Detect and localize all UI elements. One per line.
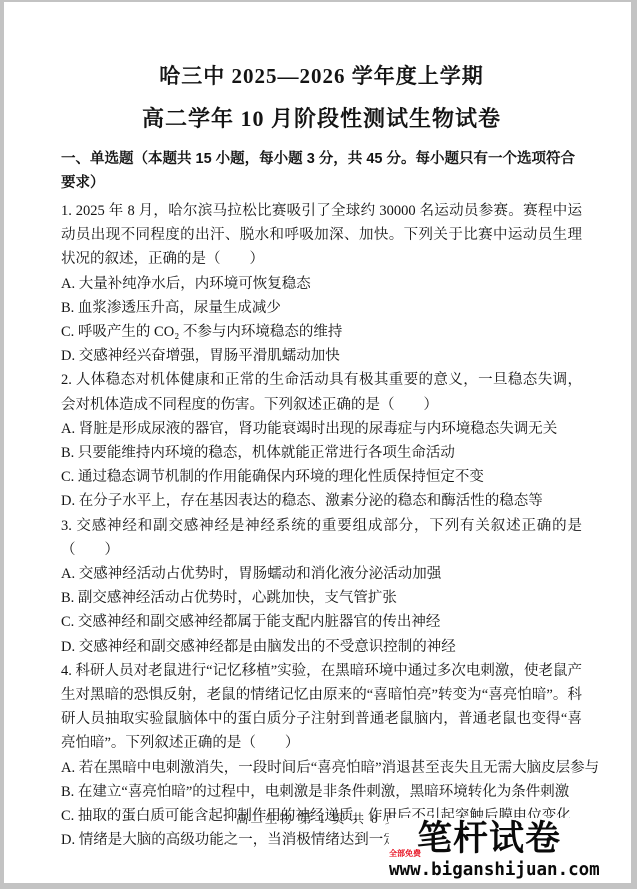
question-3-option-c: C. 交感神经和副交感神经都属于能支配内脏器官的传出神经 (61, 610, 582, 634)
exam-content: 哈三中 2025—2026 学年度上学期 高二学年 10 月阶段性测试生物试卷 … (4, 2, 631, 852)
exam-title-line2: 高二学年 10 月阶段性测试生物试卷 (61, 102, 582, 133)
question-2-stem: 2. 人体稳态对机体健康和正常的生命活动具有极其重要的意义，一旦稳态失调，会对机… (61, 368, 582, 416)
exam-title-line1: 哈三中 2025—2026 学年度上学期 (61, 60, 582, 90)
question-3-option-a: A. 交感神经活动占优势时，胃肠蠕动和消化液分泌活动加强 (61, 562, 582, 586)
question-1-option-c: C. 呼吸产生的 CO₂ 不参与内环境稳态的维持 (61, 320, 582, 344)
question-2-option-d: D. 在分子水平上，存在基因表达的稳态、激素分泌的稳态和酶活性的稳态等 (61, 489, 582, 513)
watermark-logo-text: 笔杆试卷 (417, 818, 561, 860)
watermark-logo-row: 全部免费 笔杆试卷 (389, 818, 625, 860)
question-4-option-b: B. 在建立“喜亮怕暗”的过程中，电刺激是非条件刺激，黑暗环境转化为条件刺激 (61, 780, 582, 804)
question-1-stem: 1. 2025 年 8 月，哈尔滨马拉松比赛吸引了全球约 30000 名运动员参… (61, 199, 582, 272)
question-2-option-a: A. 肾脏是形成尿液的器官，肾功能衰竭时出现的尿毒症与内环境稳态失调无关 (61, 417, 582, 441)
watermark-url: www.biganshijuan.com (389, 860, 625, 883)
question-1-option-d: D. 交感神经兴奋增强，胃肠平滑肌蠕动加快 (61, 344, 582, 368)
question-2-option-c: C. 通过稳态调节机制的作用能确保内环境的理化性质保持恒定不变 (61, 465, 582, 489)
question-1-option-a: A. 大量补纯净水后，内环境可恢复稳态 (61, 272, 582, 296)
question-3-option-d: D. 交感神经和副交感神经都是由脑发出的不受意识控制的神经 (61, 635, 582, 659)
screenshot-root: { "page": { "title_line1": "哈三中 2025—202… (0, 0, 637, 889)
question-3-option-b: B. 副交感神经活动占优势时，心跳加快，支气管扩张 (61, 586, 582, 610)
exam-subject-name: 生物 (409, 106, 455, 131)
question-4-option-a: A. 若在黑暗中电刺激消失，一段时间后“喜亮怕暗”消退甚至丧失且无需大脑皮层参与 (61, 756, 582, 780)
question-1-option-b: B. 血浆渗透压升高，尿量生成减少 (61, 296, 582, 320)
question-2-option-b: B. 只要能维持内环境的稳态，机体就能正常进行各项生命活动 (61, 441, 582, 465)
exam-title-line2-prefix: 高二学年 10 月阶段性测试 (142, 106, 409, 131)
section-heading: 一、单选题（本题共 15 小题，每小题 3 分，共 45 分。每小题只有一个选项… (61, 147, 582, 195)
question-4-stem: 4. 科研人员对老鼠进行“记忆移植”实验，在黑暗环境中通过多次电刺激，使老鼠产生… (61, 659, 582, 756)
exam-title-line2-suffix: 试卷 (455, 106, 501, 131)
biganshijuan-watermark: 全部免费 笔杆试卷 www.biganshijuan.com (389, 818, 625, 883)
exam-paper-page: 哈三中 2025—2026 学年度上学期 高二学年 10 月阶段性测试生物试卷 … (4, 2, 631, 883)
question-3-stem: 3. 交感神经和副交感神经是神经系统的重要组成部分，下列有关叙述正确的是（ ） (61, 514, 582, 562)
